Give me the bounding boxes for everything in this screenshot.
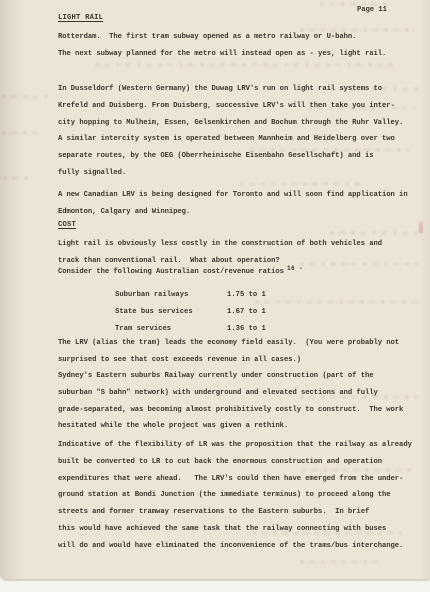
ratio-label: State bus services [115,304,227,321]
paragraph-line: fully signalled. [58,165,403,182]
bleed-through-smudge [255,300,420,304]
paragraph-line: Indicative of the flexibility of LR was … [58,437,412,454]
bleed-through-smudge [300,560,380,564]
bleed-through-smudge [240,182,365,186]
paragraph-line: A similar intercity system is operated b… [58,131,403,148]
paragraph-line: will do and would have eliminated the in… [58,538,412,555]
consider-ratios-text: Consider the following Australian cost/r… [58,268,284,276]
section-heading-cost: COST [58,221,76,229]
paragraph-dusseldorf: In Dusseldorf (Western Germany) the Duwa… [58,81,403,182]
document-page-screenshot: Page 11 LIGHT RAIL Rotterdam. The first … [0,0,430,592]
paragraph-sydney: Sydney's Eastern suburbs Railway current… [58,368,403,435]
paragraph-line: ground station at Bondi Junction (the im… [58,487,412,504]
paragraph-line: Krefeld and Duisberg. From Duisberg, suc… [58,98,403,115]
paragraph-cost-intro: Light rail is obviously less costly in t… [58,236,382,270]
paragraph-line: built be converted to LR to cut back the… [58,454,412,471]
paragraph-flexibility: Indicative of the flexibility of LR was … [58,437,412,555]
paragraph-rotterdam: Rotterdam. The first tram subway opened … [58,29,386,63]
footnote-reference: 16 - [287,265,303,272]
paragraph-line: hesitated while the whole project was gi… [58,418,403,435]
cost-revenue-ratio-table: Suburban railways 1.75 to 1 State bus se… [115,287,266,337]
ratio-value: 1.67 to 1 [227,304,266,321]
bleed-through-smudge [95,63,395,67]
paragraph-line: A new Canadian LRV is being designed for… [58,187,408,204]
paragraph-line: surprised to see that cost exceeds reven… [58,352,399,369]
paper-edge-mark [419,222,423,233]
typewritten-page: Page 11 LIGHT RAIL Rotterdam. The first … [0,0,430,580]
paragraph-line: Rotterdam. The first tram subway opened … [58,29,386,46]
paragraph-line: streets and former tramway reservations … [58,504,412,521]
bleed-through-smudge [2,131,42,135]
paragraph-line: this would have achieved the same task t… [58,521,412,538]
paragraph-line: The next subway planned for the metro wi… [58,46,386,63]
bleed-through-smudge [3,176,33,180]
paragraph-line: expenditures that were ahead. The LRV's … [58,471,412,488]
paragraph-line: grade-separated, was becoming almost pro… [58,402,403,419]
paragraph-line: The LRV (alias the tram) leads the econo… [58,335,399,352]
page-number: Page 11 [357,6,387,14]
paragraph-line: Sydney's Eastern suburbs Railway current… [58,368,403,385]
bleed-through-smudge [330,231,418,235]
paragraph-line: Edmonton, Calgary and Winnipeg. [58,204,408,221]
ratio-value: 1.75 to 1 [227,287,266,304]
paragraph-line: Light rail is obviously less costly in t… [58,236,382,253]
paragraph-line: In Dusseldorf (Western Germany) the Duwa… [58,81,403,98]
paragraph-lrv-economy: The LRV (alias the tram) leads the econo… [58,335,399,369]
section-heading-light-rail: LIGHT RAIL [58,14,103,22]
paragraph-line: suburban "S bahn" network) with undergro… [58,385,403,402]
table-row: State bus services 1.67 to 1 [115,304,266,321]
paragraph-line: city hopping to Mulheim, Essen, Gelsenki… [58,115,403,132]
paragraph-canadian-lrv: A new Canadian LRV is being designed for… [58,187,408,221]
bleed-through-smudge [2,95,50,99]
consider-ratios-line: Consider the following Australian cost/r… [58,268,303,276]
table-row: Suburban railways 1.75 to 1 [115,287,266,304]
paragraph-line: separate routes, by the OEG (Oberrheinis… [58,148,403,165]
ratio-label: Suburban railways [115,287,227,304]
